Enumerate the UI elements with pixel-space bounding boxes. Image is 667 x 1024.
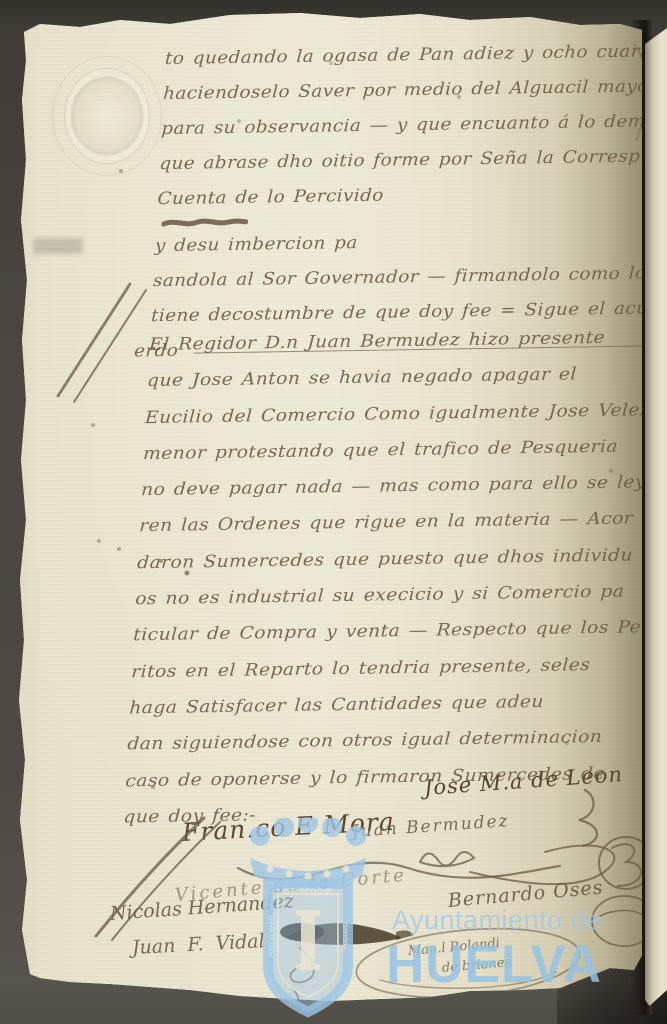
circled-rubric-glyph <box>612 844 641 886</box>
margin-slash-mark <box>96 818 204 936</box>
crown-finial <box>322 818 342 837</box>
crown-finial <box>274 818 294 837</box>
margin-slash-mark <box>112 822 220 940</box>
shield-motto-left: PORTUS MARIS <box>269 915 275 957</box>
archive-scan-stage: to quedando la ogasa de Pan adiez y ocho… <box>0 0 667 1024</box>
shield-motto-top: ET. TERRÆ <box>284 887 333 897</box>
margin-slash-mark <box>58 284 130 396</box>
next-page-sliver <box>645 0 667 1024</box>
margin-slash-mark <box>74 290 146 402</box>
crown-finial <box>298 818 318 833</box>
shield-motto-right: CUSTODIA <box>341 922 347 951</box>
crown-finial <box>250 826 270 846</box>
crown-finial <box>346 826 366 846</box>
circled-rubric-right-glyph <box>600 910 648 920</box>
bermudez-rubric <box>420 852 474 866</box>
huelva-crest-watermark: ET. TERRÆ PORTUS MARIS CUSTODIA <box>246 818 370 1018</box>
signature-flourish <box>470 845 614 884</box>
foxing-specks <box>0 0 2 2</box>
leon-rubric <box>579 790 597 846</box>
